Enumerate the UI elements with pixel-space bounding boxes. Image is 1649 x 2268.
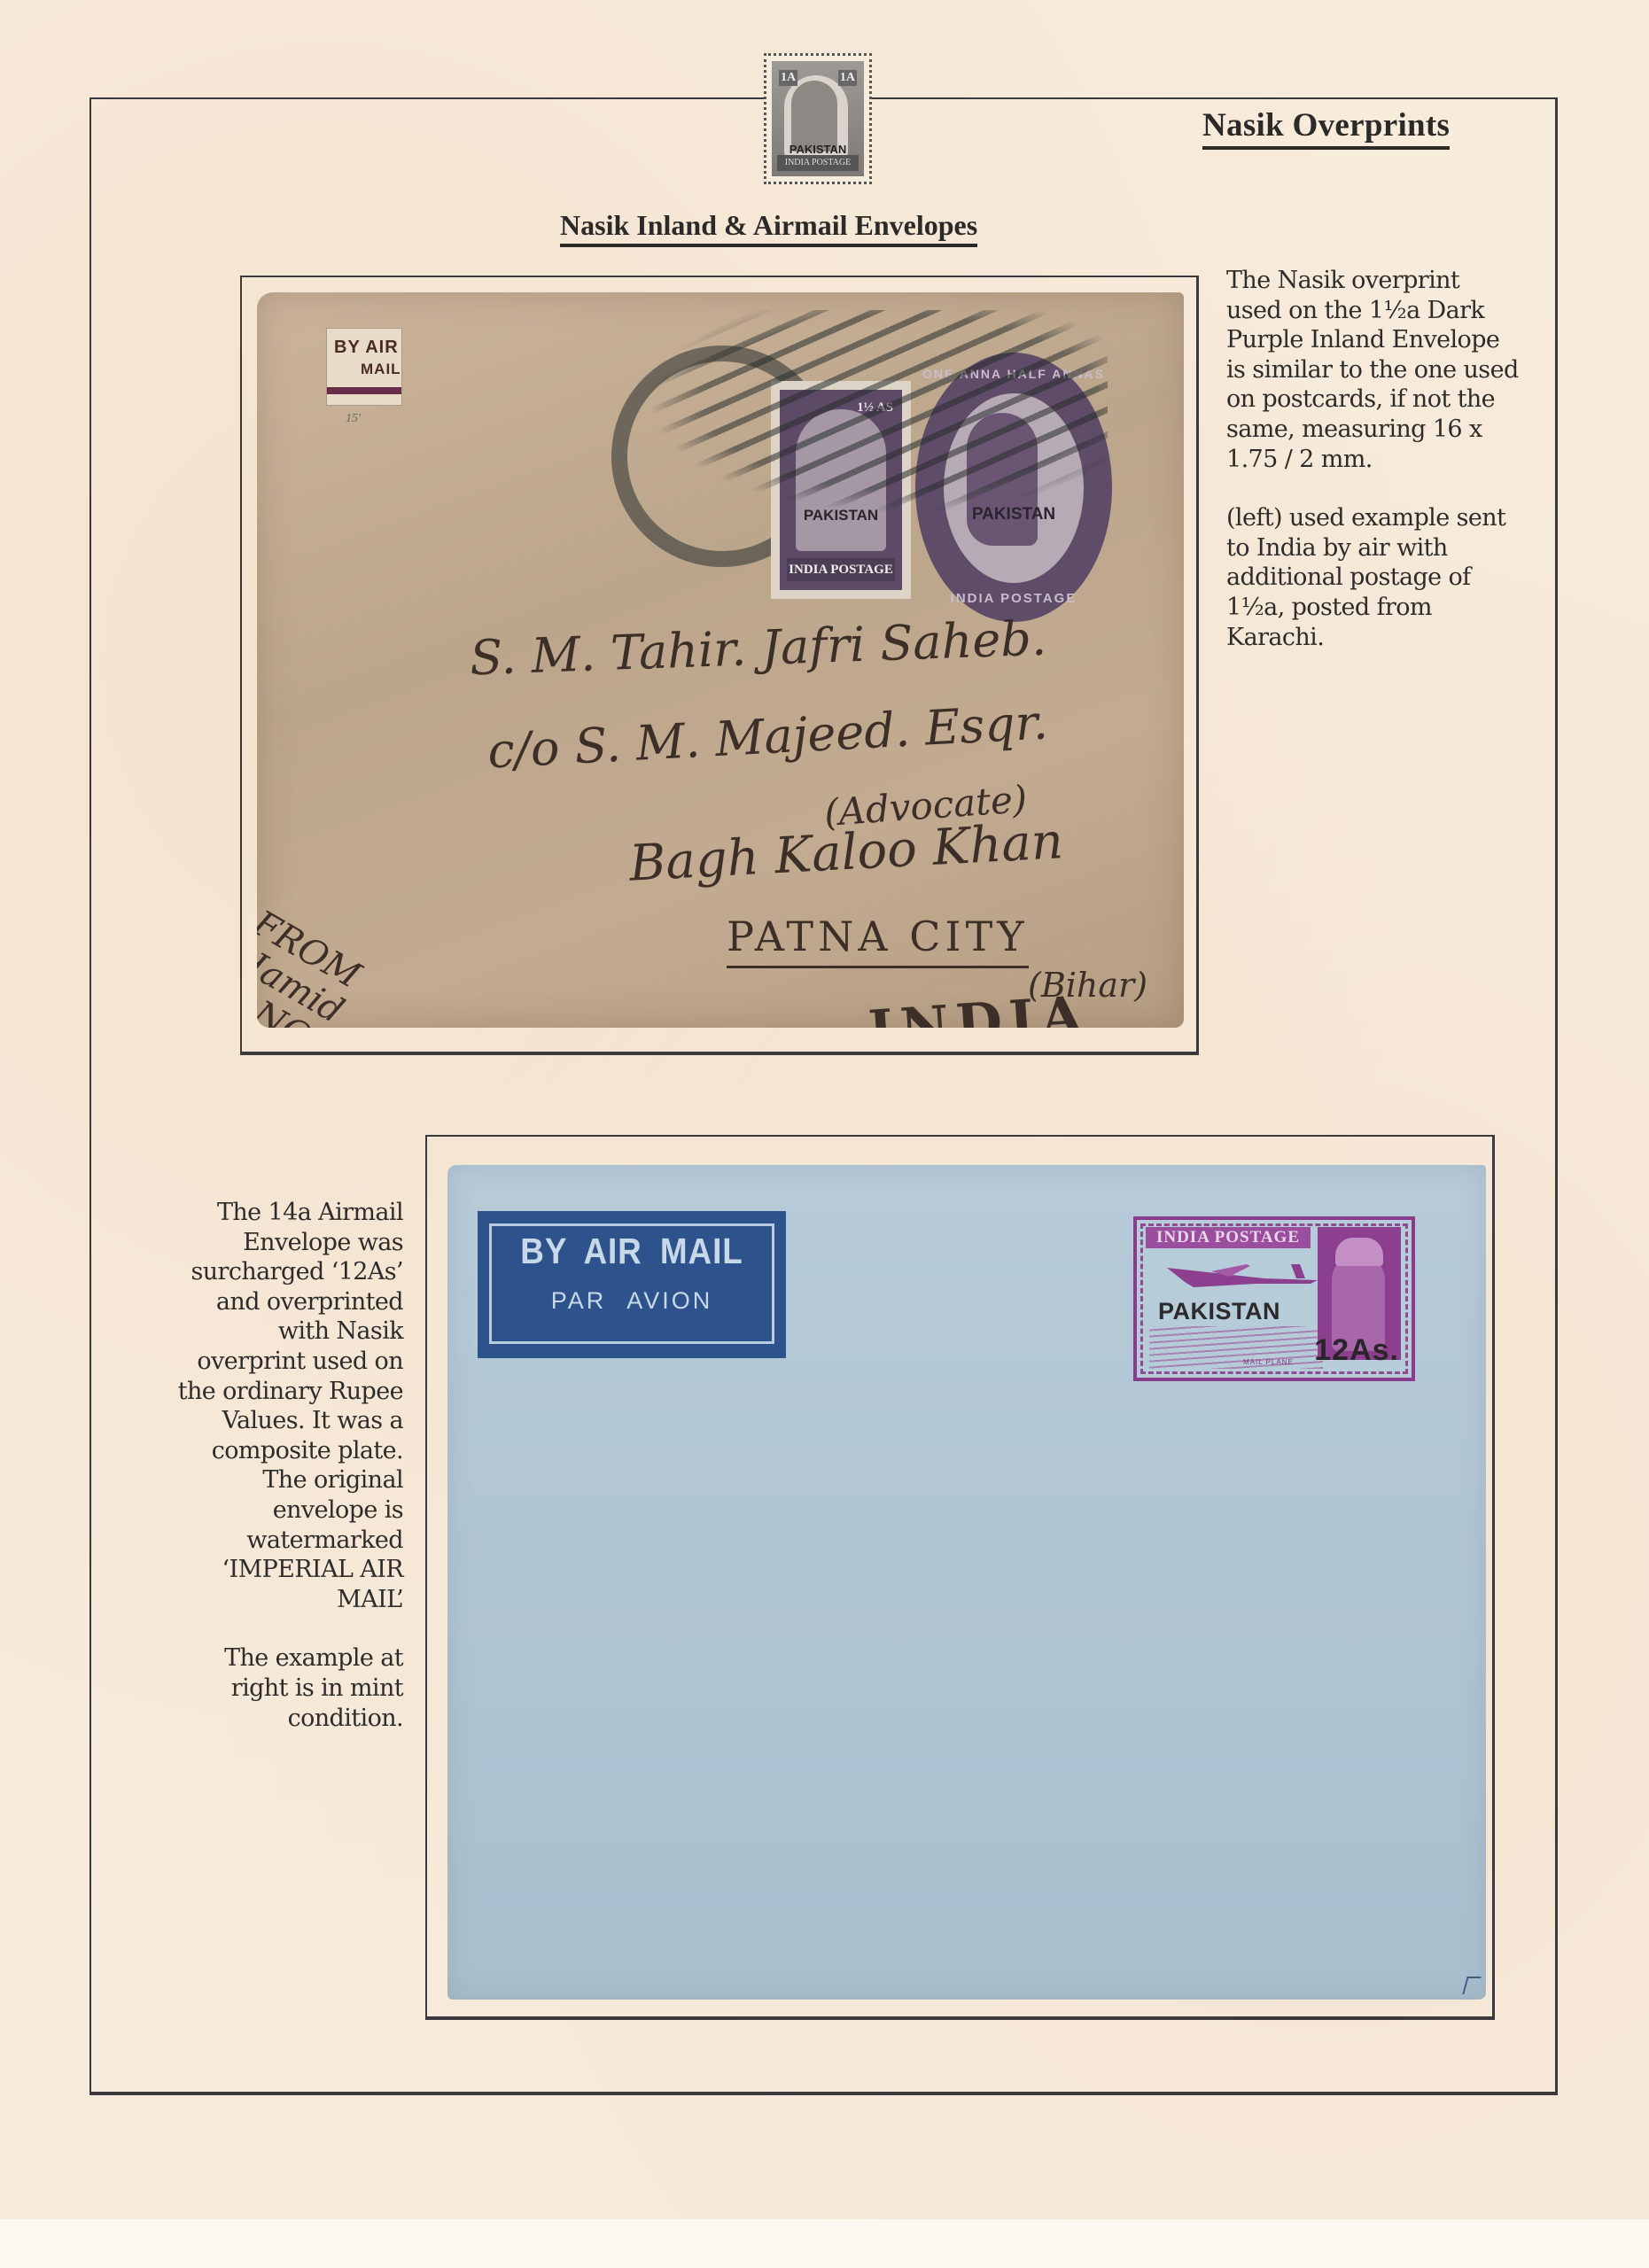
airmail-envelope-mint: BY AIR MAIL PAR AVION INDIA POSTAGE PAKI… [447, 1165, 1486, 2000]
imprint-banner: INDIA POSTAGE [1146, 1227, 1311, 1248]
label-stripe [327, 387, 401, 394]
air-label-line-1: BY AIR [334, 338, 399, 358]
inland-envelope-used: BY AIR MAIL 15' 1½ AS PAKISTAN INDIA POS… [257, 292, 1184, 1028]
address-line-4: Bagh Kaloo Khan [628, 812, 1065, 893]
air-label-line-2: MAIL [361, 361, 401, 378]
address-line-1: S. M. Tahir. Jafri Saheb. [469, 610, 1047, 687]
imprint-surcharge: 12As. [1314, 1333, 1399, 1368]
pencil-note: 15' [346, 412, 361, 426]
stamp-value-right: 1A [838, 70, 857, 86]
upper-item-description: The Nasik overprint used on the 1½a Dark… [1226, 266, 1519, 681]
lower-item-description: The 14a Airmail Envelope was surcharged … [168, 1198, 403, 1762]
adhesive-stamp-inscription: INDIA POSTAGE [787, 558, 895, 581]
address-line-2: c/o S. M. Majeed. Esqr. [486, 694, 1049, 779]
description-paragraph: The example at right is in mint conditio… [168, 1643, 403, 1733]
stamp-icon: 1A 1A PAKISTAN INDIA POSTAGE [772, 61, 864, 176]
air-label-line-2: PAR AVION [478, 1287, 786, 1315]
address-line-7: INDIA [867, 984, 1092, 1028]
air-label-line-1: BY AIR MAIL [493, 1231, 770, 1272]
stamp-inscription: INDIA POSTAGE [777, 155, 859, 171]
landscape-engraving [1149, 1326, 1323, 1369]
address-line-5: PATNA CITY [727, 913, 1029, 968]
airplane-icon [1158, 1262, 1326, 1289]
airmail-stamp-imprint: INDIA POSTAGE PAKISTAN MAIL PLANE 12As. [1133, 1216, 1415, 1381]
corner-mark-icon [1462, 1977, 1481, 1994]
king-portrait-icon [791, 81, 837, 151]
section-subtitle: Nasik Inland & Airmail Envelopes [560, 209, 977, 247]
stamp-overprint: PAKISTAN [775, 143, 860, 156]
handmade-airmail-label: BY AIR MAIL [326, 328, 402, 406]
page-title: Nasik Overprints [1202, 106, 1450, 150]
description-paragraph: The Nasik overprint used on the 1½a Dark… [1226, 266, 1519, 474]
sender-note: FROM Hamid 3. NOV. 48 [257, 904, 432, 1028]
crown-icon [1335, 1238, 1383, 1266]
description-paragraph: The 14a Airmail Envelope was surcharged … [168, 1198, 403, 1614]
imprint-caption: MAIL PLANE [1243, 1358, 1294, 1366]
wavy-cancel-lines-icon [647, 310, 1108, 514]
imprint-overprint: PAKISTAN [1158, 1298, 1280, 1325]
page-bottom-margin [0, 2219, 1649, 2268]
printed-airmail-label: BY AIR MAIL PAR AVION [478, 1211, 786, 1358]
stamp-value-left: 1A [779, 70, 797, 86]
embossed-ring-text-bottom: INDIA POSTAGE [917, 591, 1110, 606]
description-paragraph: (left) used example sent to India by air… [1226, 503, 1519, 652]
header-stamp-vignette: 1A 1A PAKISTAN INDIA POSTAGE [764, 53, 872, 184]
